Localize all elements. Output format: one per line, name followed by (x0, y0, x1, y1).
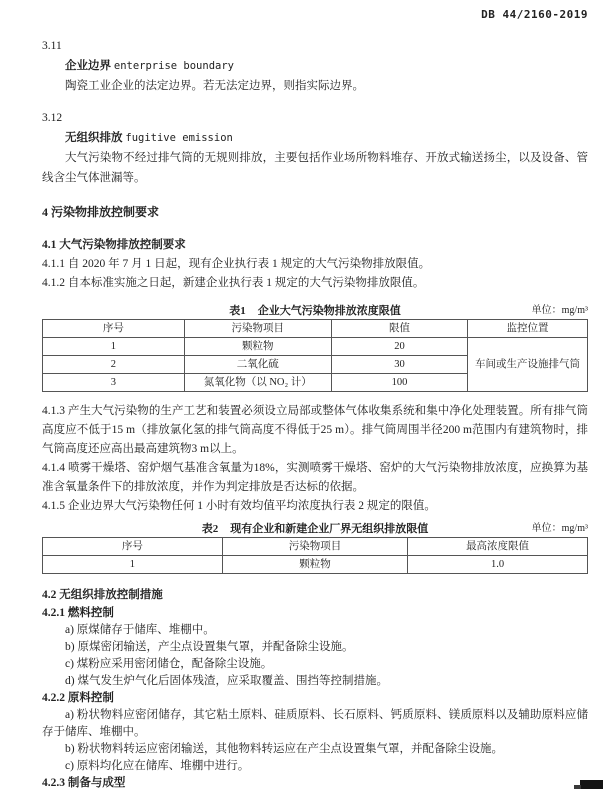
cell-seq: 2 (43, 356, 185, 374)
document-page: DB 44/2160-2019 3.11 企业边界 enterprise bou… (0, 0, 607, 789)
table-1-unit: 单位：mg/m³ (532, 303, 588, 319)
cell-seq: 1 (43, 556, 223, 574)
header-cell-monitor-location: 监控位置 (468, 320, 588, 338)
table-row: 1 颗粒物 20 车间或生产设施排气筒 (43, 338, 588, 356)
clause-number-3-11: 3.11 (42, 36, 588, 56)
table-2-label: 表2 (202, 523, 219, 535)
cell-pollutant: 氮氧化物（以 NO₂ 计） (184, 374, 331, 392)
list-item-fuel-d: d) 煤气发生炉气化后固体残渣，应采取覆盖、围挡等控制措施。 (42, 673, 588, 690)
cell-monitor-location: 车间或生产设施排气筒 (468, 338, 588, 392)
table-2: 序号 污染物项目 最高浓度限值 1 颗粒物 1.0 (42, 537, 588, 574)
section-4-2-1-title: 4.2.1 燃料控制 (42, 605, 588, 622)
table-2-title: 现有企业和新建企业厂界无组织排放限值 (230, 523, 428, 535)
paragraph-4-1-2: 4.1.2 自本标准实施之日起，新建企业执行表 1 规定的大气污染物排放限值。 (42, 274, 588, 293)
table-row: 1 颗粒物 1.0 (43, 556, 588, 574)
list-item-material-b: b) 粉状物料转运应密闭输送，其他物料转运应在产尘点设置集气罩，并配备除尘设施。 (42, 741, 588, 758)
section-4-2-3-title: 4.2.3 制备与成型 (42, 775, 588, 789)
table-2-unit: 单位：mg/m³ (532, 521, 588, 537)
list-item-material-a: a) 粉状物料应密闭储存，其它粘土原料、硅质原料、长石原料、钙质原料、镁质原料以… (42, 707, 588, 741)
list-item-material-c: c) 原料均化应在储库、堆棚中进行。 (42, 758, 588, 775)
term-definition: 陶瓷工业企业的法定边界。若无法定边界，则指实际边界。 (42, 76, 588, 96)
term-line-fugitive-emission: 无组织排放 fugitive emission (42, 128, 588, 148)
document-number: DB 44/2160-2019 (42, 8, 588, 21)
list-item-fuel-c: c) 煤粉应采用密闭储仓，配备除尘设施。 (42, 656, 588, 673)
cell-pollutant: 颗粒物 (222, 556, 407, 574)
header-cell-pollutant: 污染物项目 (222, 538, 407, 556)
header-cell-seq: 序号 (43, 320, 185, 338)
table-2-header-row: 序号 污染物项目 最高浓度限值 (43, 538, 588, 556)
cell-seq: 3 (43, 374, 185, 392)
cell-limit: 20 (331, 338, 467, 356)
section-4-2-title: 4.2 无组织排放控制措施 (42, 585, 588, 605)
cell-limit: 30 (331, 356, 467, 374)
chapter-4-title: 4 污染物排放控制要求 (42, 202, 588, 222)
scan-corner-mark (580, 780, 603, 789)
list-item-fuel-b: b) 原煤密闭输送，产尘点设置集气罩，并配备除尘设施。 (42, 639, 588, 656)
cell-seq: 1 (43, 338, 185, 356)
header-cell-max-limit: 最高浓度限值 (408, 538, 588, 556)
term-definition: 大气污染物不经过排气筒的无规则排放，主要包括作业场所物料堆存、开放式输送扬尘，以… (42, 148, 588, 188)
section-4-1-title: 4.1 大气污染物排放控制要求 (42, 235, 588, 255)
header-cell-limit: 限值 (331, 320, 467, 338)
term-en: fugitive emission (125, 132, 232, 144)
table-1: 序号 污染物项目 限值 监控位置 1 颗粒物 20 车间或生产设施排气筒 2 二… (42, 319, 588, 392)
cell-max-limit: 1.0 (408, 556, 588, 574)
header-cell-seq: 序号 (43, 538, 223, 556)
cell-pollutant: 颗粒物 (184, 338, 331, 356)
paragraph-4-1-4: 4.1.4 喷雾干燥塔、窑炉烟气基准含氧量为18%，实测喷雾干燥塔、窑炉的大气污… (42, 459, 588, 497)
list-item-fuel-a: a) 原煤储存于储库、堆棚中。 (42, 622, 588, 639)
paragraph-4-1-3: 4.1.3 产生大气污染物的生产工艺和装置必须设立局部或整体气体收集系统和集中净… (42, 402, 588, 459)
section-4-2-2-title: 4.2.2 原料控制 (42, 690, 588, 707)
term-cn: 企业边界 (65, 60, 111, 72)
table-1-header-row: 序号 污染物项目 限值 监控位置 (43, 320, 588, 338)
term-en: enterprise boundary (114, 60, 234, 72)
table-2-caption: 表2现有企业和新建企业厂界无组织排放限值 单位：mg/m³ (42, 521, 588, 537)
cell-limit: 100 (331, 374, 467, 392)
table-1-title: 企业大气污染物排放浓度限值 (258, 305, 401, 317)
paragraph-4-1-1: 4.1.1 自 2020 年 7 月 1 日起，现有企业执行表 1 规定的大气污… (42, 255, 588, 274)
term-cn: 无组织排放 (65, 132, 123, 144)
header-cell-pollutant: 污染物项目 (184, 320, 331, 338)
clause-number-3-12: 3.12 (42, 108, 588, 128)
table-1-caption: 表1企业大气污染物排放浓度限值 单位：mg/m³ (42, 303, 588, 319)
cell-pollutant: 二氧化硫 (184, 356, 331, 374)
paragraph-4-1-5: 4.1.5 企业边界大气污染物任何 1 小时有效均值平均浓度执行表 2 规定的限… (42, 497, 588, 516)
table-1-label: 表1 (229, 305, 246, 317)
term-line-enterprise-boundary: 企业边界 enterprise boundary (42, 56, 588, 76)
